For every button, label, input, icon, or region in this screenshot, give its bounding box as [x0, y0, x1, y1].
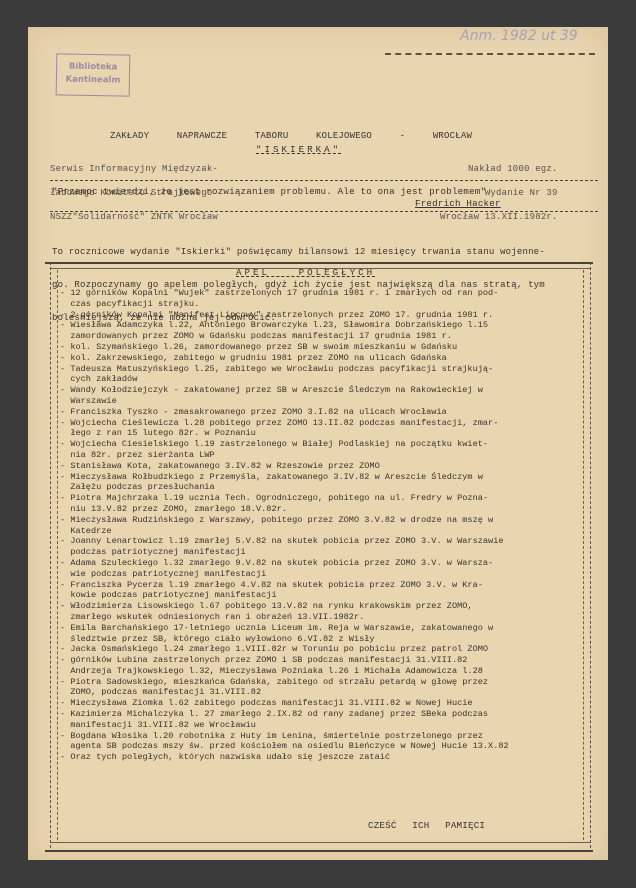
list-item: kowie podczas patriotycznej manifestacji: [60, 590, 590, 601]
list-item: - Wandy Kołodziejczyk - zakatowanej prze…: [60, 385, 590, 396]
frame-right-outer: [590, 262, 591, 848]
stamp-line-2: Kantinealm: [57, 73, 129, 87]
list-item: Katedrze: [60, 526, 590, 537]
closing-line: CZEŚĆ ICH PAMIĘCI: [368, 820, 485, 831]
list-item: - Piotra Sadowskiego, mieszkańca Gdańska…: [60, 677, 590, 688]
frame-inner-bottom: [50, 842, 590, 843]
list-item: - górników Lubina zastrzelonych przez ZO…: [60, 655, 590, 666]
list-item: - Mieczysława Ziomka l.62 zabitego podcz…: [60, 698, 590, 709]
divider-dashed-1: [50, 180, 598, 181]
publisher-line-1: Serwis Informacyjny Międzyzak-: [50, 165, 218, 173]
divider-dashed-2: [50, 211, 598, 212]
archive-handwritten-note: Anm. 1982 ut 39: [460, 28, 578, 44]
list-item: cych zakładów: [60, 374, 590, 385]
list-item: - kol. Zakrzewskiego, zabitego w grudniu…: [60, 353, 590, 364]
list-item: zamordowanych przez ZOMO w Gdańsku podcz…: [60, 331, 590, 342]
list-item: - Wojciecha Cieślewicza l.28 pobitego pr…: [60, 418, 590, 429]
top-typed-line: [385, 53, 595, 57]
print-run: Nakład 1000 egz.: [440, 165, 558, 173]
list-item: - Tadeusza Matuszyńskiego l.25, zabitego…: [60, 364, 590, 375]
list-item: ZOMO, podczas manifestacji 31.VIII.82: [60, 687, 590, 698]
list-item: łego z ran 15 lutego 82r. w Poznaniu: [60, 428, 590, 439]
list-item: - Kazimierza Michalczyka l. 27 zmarłego …: [60, 709, 590, 720]
list-item: - Wiesława Adamczyka l.22, Antoniego Bro…: [60, 320, 590, 331]
list-item: - 12 górników Kopalni "Wujek" zastrzelon…: [60, 288, 590, 299]
list-item: manifestacji 31.VIII.82 we Wrocławiu: [60, 720, 590, 731]
frame-left-inner: [57, 270, 58, 840]
list-item: - Piotra Majchrzaka l.19 ucznia Tech. Og…: [60, 493, 590, 504]
list-item: nia 82r. przez sierżanta LWP: [60, 450, 590, 461]
issue-date: Wrocław 13.XII.1982r.: [440, 213, 558, 221]
list-item: Warszawie: [60, 396, 590, 407]
intro-line-1: To rocznicowe wydanie "Iskierki" poświęc…: [52, 247, 545, 258]
frame-left-outer: [50, 262, 51, 848]
library-stamp: Biblioteka Kantinealm: [56, 53, 131, 96]
list-item: - Franciszka Pycerza l.19 zmarłego 4.V.8…: [60, 580, 590, 591]
list-item: - Jacka Osmańskiego l.24 zmarłego 1.VIII…: [60, 644, 590, 655]
list-item: - Emila Barchańskiego 17-letniego ucznia…: [60, 623, 590, 634]
list-item: - kol. Szymańskiego l.26, zamordowanego …: [60, 342, 590, 353]
list-item: Andrzeja Trajkowskiego l.32, Mieczysława…: [60, 666, 590, 677]
list-item: podczas patriotycznej manifestacji: [60, 547, 590, 558]
list-item: - Franciszka Tyszko - zmasakrowanego prz…: [60, 407, 590, 418]
list-item: agenta SB podczas mszy św. przed kościoł…: [60, 741, 590, 752]
quote-author: Fredrich Hacker: [415, 198, 501, 209]
publisher-line-3: NSZZ"Solidarność" ZNTK Wrocław: [50, 213, 218, 221]
header-title: ZAKŁADY NAPRAWCZE TABORU KOLEJOWEGO - WR…: [110, 131, 472, 141]
list-item: śledztwie przez SB, którego ciało wyłowi…: [60, 634, 590, 645]
list-item: - Wojciecha Ciesielskiego l.19 zastrzelo…: [60, 439, 590, 450]
list-item: - 2 górników Kopalni "Manifest Lipcowy" …: [60, 310, 590, 321]
list-item: niu 13.V.82 przez ZOMO, zmarłego 18.V.82…: [60, 504, 590, 515]
stamp-line-1: Biblioteka: [57, 60, 129, 74]
list-item: - Oraz tych poległych, których nazwiska …: [60, 752, 590, 763]
list-item: wie podczas patriotycznej manifestacji: [60, 569, 590, 580]
list-item: - Bogdana Włosika l.20 robotnika z Huty …: [60, 731, 590, 742]
publication-name: "ISKIERKA": [256, 144, 341, 155]
list-item: zmarłego wskutek odniesionych ran i obra…: [60, 612, 590, 623]
victims-list: - 12 górników Kopalni "Wujek" zastrzelon…: [60, 288, 590, 763]
list-item: czas pacyfikacji strajku.: [60, 299, 590, 310]
list-item: - Mieczysława Rudzińskiego z Warszawy, p…: [60, 515, 590, 526]
list-item: Załężu podczas przesłuchania: [60, 482, 590, 493]
list-item: - Włodzimierza Lisowskiego l.67 pobitego…: [60, 601, 590, 612]
quote-text: "Przemoc twierdzi, że jest rozwiązaniem …: [52, 186, 486, 197]
list-item: - Stanisława Kota, zakatowanego 3.IV.82 …: [60, 461, 590, 472]
list-item: - Mieczysława Rołbudzkiego z Przemyśla, …: [60, 472, 590, 483]
list-item: - Joanny Lenartowicz l.19 zmarłej 5.V.82…: [60, 536, 590, 547]
apel-title: APEL POLEGŁYCH: [236, 267, 375, 278]
list-item: - Adama Szulecki​ego l.32 zmarłego 9.V.8…: [60, 558, 590, 569]
